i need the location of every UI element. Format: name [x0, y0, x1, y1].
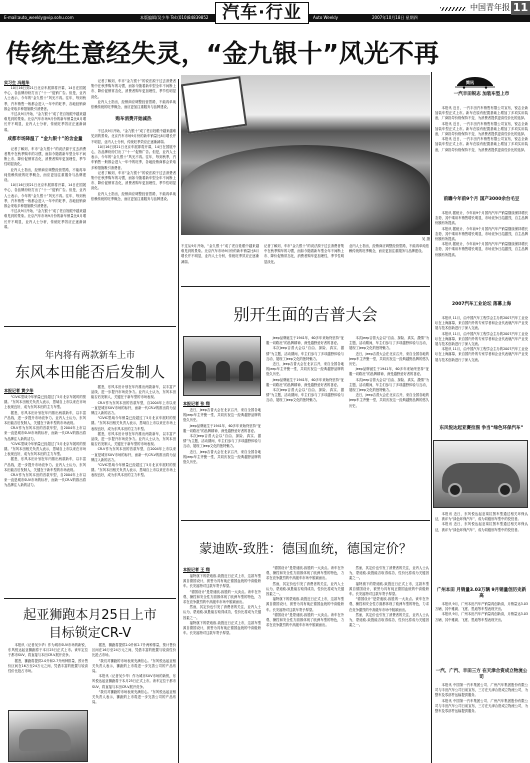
sidebar-item-title: 广州本田 月销量3.03万辆 9月销量创历史新高 — [435, 588, 528, 600]
lead-column-3: 不过从9月开始，“金九银十”成了老百姓眼中越来越难见到的景象。北京汽车市场9月份… — [181, 244, 259, 276]
decorative-hatch — [440, 7, 466, 11]
sidebar-item-title: 前瞻今年前9个月 国产3000余台毛豆 — [435, 197, 528, 203]
masthead-email: E-mail:auto_weekly@vip.sohu.com — [4, 14, 74, 22]
jeep-headline: 别开生面的吉普大会 — [181, 302, 430, 325]
sidebar-item-title: 一汽丰田锐志 加装车型上市 — [435, 92, 528, 98]
lead-column-2: 记者了解到，车市“金九银十”的说法源于过去消费者集中在秋季购车的习惯，而如今随着… — [91, 79, 176, 326]
kia-headline-line1: 起亚狮跑本月25日上市 — [4, 604, 176, 623]
photo-car-shape — [181, 145, 430, 235]
mondeo-headline: 蒙迪欧-致胜：德国血统，德国定价？ — [181, 538, 430, 557]
honda-column-2: 据悉，东风本田计划在年内推出两款新车，以丰富产品线，进一步提升市场竞争力。业内人… — [91, 385, 176, 595]
sidebar-item-text: 本报讯 11月，由中国汽车工程学会主办的2007汽车工业论坛在上海落幕，来自国内… — [435, 316, 528, 424]
mondeo-column-1: 福特旗下的蒙迪欧-致胜近日正式上市，这款车型源自德国设计，被誉为具有纯正德国血统… — [183, 574, 261, 762]
sidebar-badge: 简讯 — [466, 80, 474, 86]
kia-column-1: 本报讯（记者吴少华）作为城市SUV市场的新锐，东风悦达起亚狮跑将于本月25日正式… — [8, 643, 88, 707]
kia-headline-line2: 目标锁定CR-V — [4, 622, 176, 641]
sidebar-divider — [431, 72, 432, 763]
lead-subhead-1: 购车消费开始减热 — [91, 116, 176, 123]
jeep-byline: 本报记者 张 翔 — [183, 400, 210, 407]
honda-pre-headline: 年内将有两款新车上市 — [4, 348, 176, 361]
lead-byline: 实习生 冯超华 — [4, 79, 29, 86]
masthead-section-en: Auto Weekly — [313, 14, 338, 22]
jeep-column-3: 本次Jeep吉普大会以“自由、探险、真实、激情”为主题，活动期间，车主们参与了多… — [349, 336, 429, 518]
lead-column-1: 10月16日到21日北京车展即将开幕，14日在国展中心，各品牌纷纷打出了“十一”… — [4, 86, 86, 326]
lead-photo-car-show — [181, 75, 430, 235]
sidebar-item-text: 本报讯 9月，广州本田汽车产销量再创新高，月销量达3.03万辆，其中雅阁、飞度、… — [435, 602, 528, 666]
newspaper-logo: 中国青年报 — [470, 2, 510, 13]
sidebar-item-text: 本报讯 近日，东风悦达起亚赛拉图车型通过相关环保认证，被评为“绿色环保汽车”，成… — [435, 512, 528, 586]
lead-column-5: 业内人士指出，经销商应调整经营思路，不能再单纯依赖传统的旺季概念，而应更加注重服… — [349, 244, 429, 276]
sidebar-item-title: 一汽、广汽、丰田三方 在天津合资成立物流公司 — [435, 669, 528, 681]
divider — [181, 520, 430, 521]
sidebar-item-title: 东风悦达起亚赛拉图 争当“绿色环保汽车” — [435, 426, 528, 432]
sidebar-item-text: 本报讯 近日，一汽丰田汽车销售有限公司宣布，锐志全新加装车型正式上市。新车在原有… — [435, 106, 528, 194]
column-divider — [178, 79, 179, 763]
lead-column-4: 记者了解到，车市“金九银十”的说法源于过去消费者集中在秋季购车的习惯，而如今随着… — [264, 244, 344, 276]
kia-column-2: 据悉，狮跑将提供2.0升和2.7升两种排量，预计售价区间在16万至24万元之间，… — [92, 643, 176, 761]
mondeo-byline: 本报记者 王 翔 — [183, 566, 210, 573]
kia-photo-suv — [8, 710, 88, 762]
masthead-date: 2007年10月18日 星期四 — [372, 14, 418, 22]
mondeo-column-3: 然而，其定价也引发了消费者的关注，业内人士认为，蒙迪欧-致胜能否取得成功，性价比… — [349, 566, 429, 762]
sidebar-photo-car — [433, 440, 528, 508]
jeep-column-1: 近日，Jeep吉普大会在北京召开，来自全国各地的Jeep车主齐聚一堂，共同庆祝这… — [183, 408, 261, 518]
lead-photo-caption: 吴 摄 — [380, 237, 430, 242]
jeep-photo-gate — [183, 336, 261, 396]
divider — [181, 286, 430, 287]
lead-headline: 传统生意经失灵，“金九银十”风光不再 — [6, 34, 439, 70]
masthead-editor-info: 本版编辑/吴少华 Tel:(010)84839852 — [140, 14, 208, 22]
mondeo-column-2: “德国设计”是蒙迪欧-致胜的一大卖点。该车在外观、操控和安全性方面都体现了欧洲车… — [266, 566, 344, 762]
honda-headline: 东风本田能否后发制人 — [4, 361, 176, 382]
sidebar-item-title: 2007汽车工业论坛 落幕上海 — [435, 302, 528, 308]
page-number: 11 — [511, 1, 530, 15]
honda-column-1: “CIVIC思域今年销量已经超过了5月北京车展时的预期。”东风本田相关负责人表示… — [4, 395, 86, 595]
honda-byline: 本报记者 黄少华 — [4, 387, 33, 394]
sidebar-item-text: 本报讯 中国第一汽车集团公司、广州汽车集团股份有限公司与丰田汽车公司日前宣布，三… — [435, 683, 528, 761]
photo-sale-sign — [181, 76, 247, 134]
sidebar-item-text: 本报讯 据统计，今年前9个月国内汽车产销量继续保持增长态势，其中乘用车销售增长明… — [435, 211, 528, 299]
car-badge-icon — [455, 75, 495, 89]
lead-subhead-2: 成都市场降温了 “金九银十”的含金量 — [4, 137, 86, 143]
divider — [4, 326, 176, 327]
jeep-column-2: Jeep品牌诞生于1941年，60多年来始终坚持“征服一切路况”的品牌精神，深受… — [266, 336, 344, 518]
section-title: 汽车·行业 — [215, 2, 309, 24]
divider — [4, 598, 176, 599]
